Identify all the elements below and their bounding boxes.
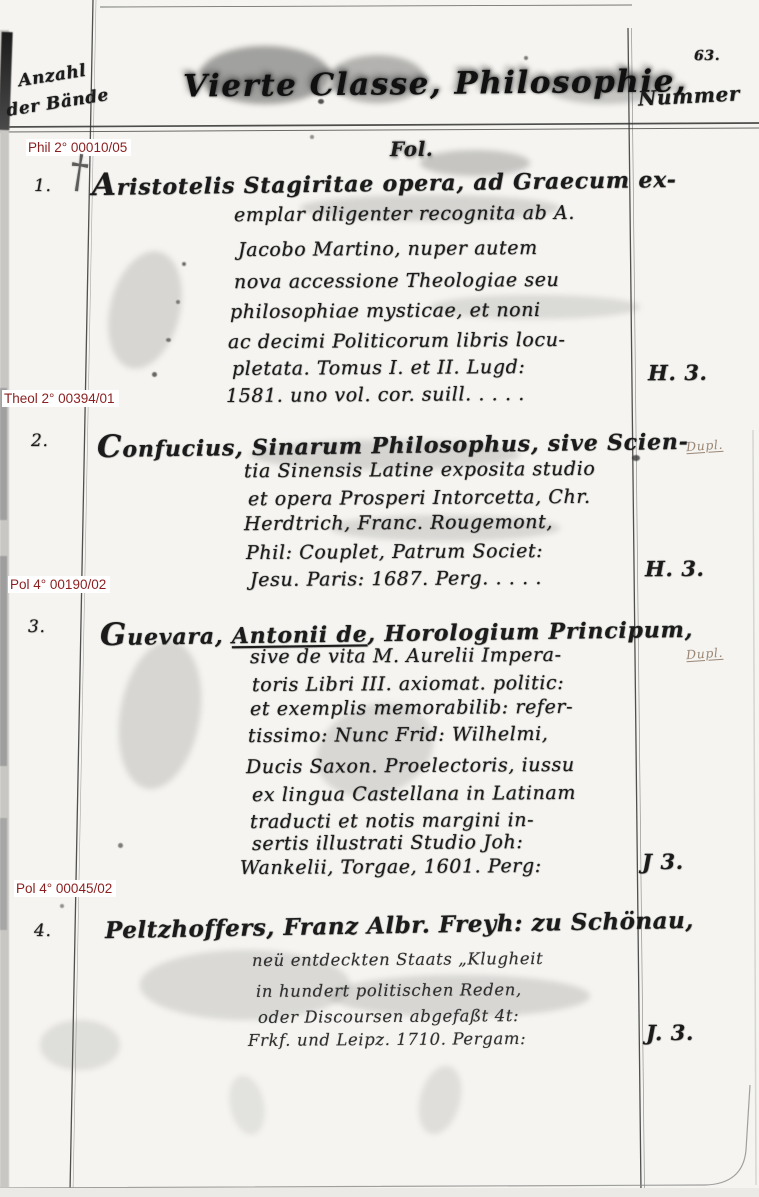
column-header-volumes-line1: Anzahl xyxy=(17,61,88,91)
scan-edge-segment xyxy=(0,556,7,766)
entry-line: nova accessione Theologiae seu xyxy=(234,269,560,293)
ink-dot xyxy=(524,56,528,60)
entry-number: 2. xyxy=(31,431,49,451)
entry-line: Herdtrich, Franc. Rougemont, xyxy=(244,511,553,535)
shelfmark: H. 3. xyxy=(645,556,705,581)
column-header-number: Nummer xyxy=(637,81,740,110)
entry-line: Peltzhoffers, Franz Albr. Freyh: zu Schö… xyxy=(105,907,694,944)
entry-line-text: Guevara, xyxy=(100,623,232,651)
entry-line: Ducis Saxon. Proelectoris, iussu xyxy=(246,754,575,778)
ink-dot xyxy=(152,372,157,377)
entry-line: sive de vita M. Aurelii Impera- xyxy=(250,644,562,668)
entry-line: 1581. uno vol. cor. suill. . . . . xyxy=(226,383,525,407)
ink-dot xyxy=(182,262,186,266)
entry-line-text: , Horologium Principum, xyxy=(367,617,693,648)
ink-dot xyxy=(166,338,171,342)
page-number: 63. xyxy=(694,48,720,64)
entry-number: 3. xyxy=(28,617,46,637)
modern-shelfmark-annotation: Pol 4° 00190/02 xyxy=(8,576,110,593)
shelfmark: J. 3. xyxy=(646,1020,694,1045)
scan-background-below-page xyxy=(0,1188,759,1197)
scan-edge-segment xyxy=(0,388,7,520)
entry-line: tissimo: Nunc Frid: Wilhelmi, xyxy=(248,723,549,747)
entry-line: neü entdeckten Staats „Klugheit xyxy=(252,949,543,970)
entry-line: emplar diligenter recognita ab A. xyxy=(234,202,575,226)
ink-dot xyxy=(310,135,314,139)
modern-shelfmark-annotation: Theol 2° 00394/01 xyxy=(2,390,119,407)
ink-smudge xyxy=(224,1072,270,1138)
entry-line: oder Discoursen abgefaßt 4t: xyxy=(258,1006,519,1027)
entry-line: et exemplis memorabilib: refer- xyxy=(250,696,573,720)
ink-dot xyxy=(60,904,64,908)
entry-line: tia Sinensis Latine exposita studio xyxy=(244,458,596,482)
entry-line: in hundert politischen Reden, xyxy=(256,980,522,1001)
entry-line: ac decimi Politicorum libris locu- xyxy=(228,329,566,353)
entry-number: 4. xyxy=(34,921,52,941)
ink-dot xyxy=(118,843,123,848)
duplicate-note: Dupl. xyxy=(686,645,724,663)
entry-line: Jacobo Martino, nuper autem xyxy=(238,237,538,261)
page-title: Vierte Classe, Philosophie, xyxy=(183,63,687,104)
entry-line: Phil: Couplet, Patrum Societ: xyxy=(246,540,543,564)
entry-line: Frkf. und Leipz. 1710. Pergam: xyxy=(248,1029,526,1050)
entry-line: Wankelii, Torgae, 1601. Perg: xyxy=(240,855,542,879)
modern-shelfmark-annotation: Pol 4° 00045/02 xyxy=(14,880,116,897)
entry-line: philosophiae mysticae, et noni xyxy=(230,299,541,323)
format-heading: Fol. xyxy=(390,137,434,161)
entry-line: pletata. Tomus I. et II. Lugd: xyxy=(232,356,525,380)
ink-smudge xyxy=(108,634,213,796)
ink-smudge xyxy=(412,1061,469,1139)
entry-number: 1. xyxy=(34,176,52,196)
entry-line: et opera Prosperi Intorcetta, Chr. xyxy=(248,486,591,510)
shelfmark: J 3. xyxy=(642,849,684,874)
entry-line: traducti et notis margini in- xyxy=(250,809,534,833)
entry-line: sertis illustrati Studio Joh: xyxy=(252,831,523,855)
entry-line: ex lingua Castellana in Latinam xyxy=(252,782,576,806)
ink-dot xyxy=(176,300,180,304)
entry-line: toris Libri III. axiomat. politic: xyxy=(252,672,564,696)
duplicate-note: Dupl. xyxy=(686,437,724,455)
entry-line: Aristotelis Stagiritae opera, ad Graecum… xyxy=(92,159,677,203)
scanned-catalog-page: Anzahl der Bände Vierte Classe, Philosop… xyxy=(0,0,759,1197)
ink-smudge xyxy=(97,243,194,376)
entry-line: Jesu. Paris: 1687. Perg. . . . . xyxy=(250,567,542,591)
shelfmark: H. 3. xyxy=(648,360,708,385)
ink-smudge xyxy=(40,1020,120,1070)
scan-edge-segment xyxy=(0,818,7,930)
